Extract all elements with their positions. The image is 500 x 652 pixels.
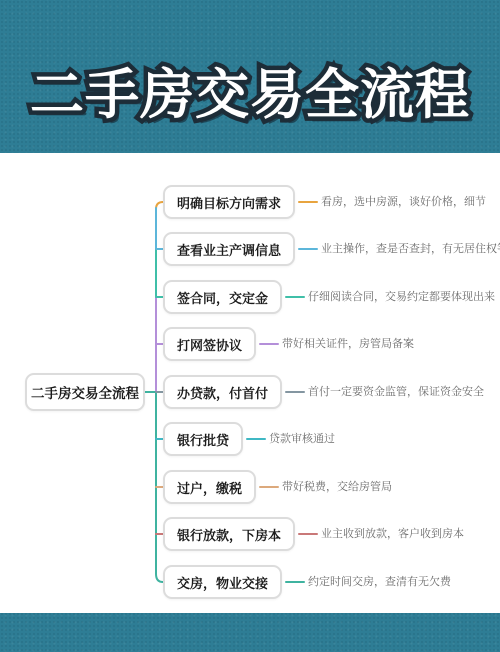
branch-description-2: 业主操作，查是否查封，有无居住权等 — [321, 232, 500, 266]
branch-node-7: 过户，缴税 — [163, 470, 256, 504]
branch-node-5: 办贷款，付首付 — [163, 375, 282, 409]
branch-node-label: 办贷款，付首付 — [177, 383, 268, 402]
branch-description-9: 约定时间交房，查清有无欠费 — [308, 565, 451, 599]
branch-node-8: 银行放款，下房本 — [163, 517, 295, 551]
poster-title-text: 二手房交易全流程 — [0, 52, 500, 129]
branch-description-6: 贷款审核通过 — [269, 422, 335, 456]
root-node: 二手房交易全流程 — [25, 373, 145, 411]
branch-node-6: 银行批贷 — [163, 422, 243, 456]
branch-node-label: 银行放款，下房本 — [177, 525, 281, 544]
root-node-label: 二手房交易全流程 — [31, 382, 139, 402]
branch-node-9: 交房，物业交接 — [163, 565, 282, 599]
poster-title: 二手房交易全流程 二手房交易全流程 — [0, 52, 500, 132]
branch-description-3: 仔细阅读合同，交易约定都要体现出来 — [308, 280, 495, 314]
branch-node-label: 银行批贷 — [177, 430, 229, 449]
branch-description-5: 首付一定要资金监管，保证资金安全 — [308, 375, 484, 409]
branch-node-3: 签合同，交定金 — [163, 280, 282, 314]
branch-node-label: 交房，物业交接 — [177, 573, 268, 592]
branch-node-label: 明确目标方向需求 — [177, 193, 281, 212]
branch-description-4: 带好相关证件，房管局备案 — [282, 327, 414, 361]
branch-node-label: 签合同，交定金 — [177, 288, 268, 307]
branch-description-1: 看房，选中房源，谈好价格，细节 — [321, 185, 486, 219]
branch-node-4: 打网签协议 — [163, 327, 256, 361]
branch-node-2: 查看业主产调信息 — [163, 232, 295, 266]
branch-node-label: 过户，缴税 — [177, 478, 242, 497]
branch-node-1: 明确目标方向需求 — [163, 185, 295, 219]
branch-description-7: 带好税费，交给房管局 — [282, 470, 392, 504]
branch-description-8: 业主收到放款，客户收到房本 — [321, 517, 464, 551]
branch-node-label: 打网签协议 — [177, 335, 242, 354]
poster-canvas: 二手房交易全流程 二手房交易全流程 二手房交易全流程 明确目标方向需求 看房，选… — [0, 0, 500, 652]
branch-node-label: 查看业主产调信息 — [177, 240, 281, 259]
